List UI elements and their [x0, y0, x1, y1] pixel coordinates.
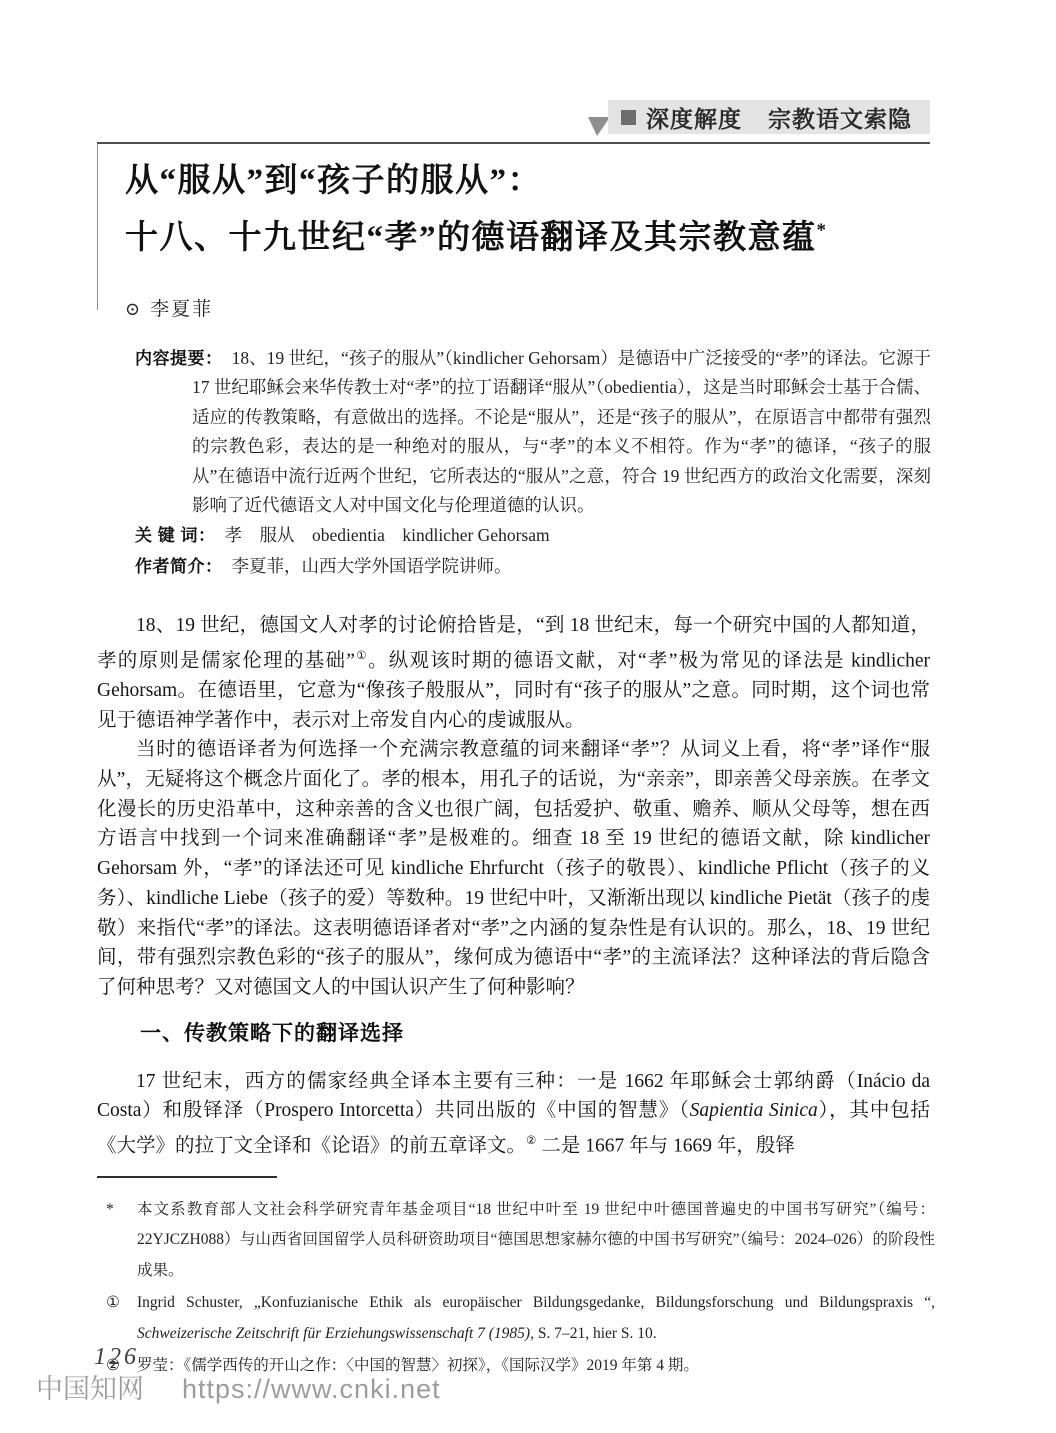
bio-row: 作者简介：李夏菲，山西大学外国语学院讲师。 — [135, 552, 931, 581]
abstract-label: 内容提要： — [135, 349, 223, 368]
banner-fold-icon — [588, 116, 610, 137]
banner-label-secondary: 宗教语文索隐 — [768, 101, 912, 134]
footnotes-block: *本文系教育部人文社会科学研究青年基金项目“18 世纪中叶至 19 世纪中叶德国… — [97, 1176, 935, 1384]
body-paragraph-2: 当时的德语译者为何选择一个充满宗教意蕴的词来翻译“孝”？从词义上看，将“孝”译作… — [97, 735, 930, 1002]
body-paragraph-3: 17 世纪末，西方的儒家经典全译本主要有三种：一是 1662 年耶稣会士郭纳爵（… — [97, 1067, 930, 1162]
bio-text: 李夏菲，山西大学外国语学院讲师。 — [232, 556, 512, 576]
footnote-separator — [97, 1176, 277, 1178]
banner-square-icon — [621, 110, 636, 125]
title-footnote-marker: * — [817, 220, 828, 241]
footnote-1-text: Ingrid Schuster, „Konfuzianische Ethik a… — [137, 1294, 935, 1342]
author-line: ⊙李夏菲 — [125, 294, 930, 321]
column-banner: 深度解度 宗教语文索隐 — [608, 100, 930, 134]
footnote-star-marker: * — [106, 1195, 114, 1226]
article-body: 18、19 世纪，德国文人对孝的讨论俯拾皆是，“到 18 世纪末，每一个研究中国… — [97, 611, 930, 1161]
keywords-label: 关 键 词： — [135, 526, 215, 545]
body-paragraph-1: 18、19 世纪，德国文人对孝的讨论俯拾皆是，“到 18 世纪末，每一个研究中国… — [97, 611, 930, 735]
article-title-block: 从“服从”到“孩子的服从”： 十八、十九世纪“孝”的德语翻译及其宗教意蕴* ⊙李… — [97, 144, 930, 310]
article-title-line-1: 从“服从”到“孩子的服从”： — [125, 157, 930, 206]
keywords-values: 孝 服从 obedientia kindlicher Gehorsam — [224, 525, 549, 545]
keywords-row: 关 键 词：孝 服从 obedientia kindlicher Gehorsa… — [135, 521, 931, 550]
article-title-line-2: 十八、十九世纪“孝”的德语翻译及其宗教意蕴* — [125, 206, 930, 263]
bio-label: 作者简介： — [135, 557, 223, 576]
author-bullet-icon: ⊙ — [125, 299, 142, 319]
footnote-1-marker: ① — [106, 1288, 120, 1319]
article-title-line-2-text: 十八、十九世纪“孝”的德语翻译及其宗教意蕴 — [125, 220, 817, 256]
abstract-row: 内容提要：18、19 世纪，“孩子的服从”（kindlicher Gehorsa… — [135, 344, 931, 520]
abstract-text: 18、19 世纪，“孩子的服从”（kindlicher Gehorsam）是德语… — [192, 348, 931, 515]
journal-page: 深度解度 宗教语文索隐 从“服从”到“孩子的服从”： 十八、十九世纪“孝”的德语… — [0, 0, 1056, 1433]
watermark-site-name: 中国知网 — [36, 1367, 144, 1406]
footnote-1: ①Ingrid Schuster, „Konfuzianische Ethik … — [97, 1288, 935, 1349]
abstract-block: 内容提要：18、19 世纪，“孩子的服从”（kindlicher Gehorsa… — [135, 344, 931, 581]
watermark-url: https://www.cnki.net — [182, 1374, 441, 1405]
footnote-star-text: 本文系教育部人文社会科学研究青年基金项目“18 世纪中叶至 19 世纪中叶德国普… — [137, 1201, 935, 1279]
banner-label-primary: 深度解度 — [646, 101, 742, 134]
author-name: 李夏菲 — [150, 299, 213, 320]
section-heading-1: 一、传教策略下的翻译选择 — [97, 1017, 930, 1047]
footnote-star: *本文系教育部人文社会科学研究青年基金项目“18 世纪中叶至 19 世纪中叶德国… — [97, 1195, 935, 1287]
cnki-watermark: 中国知网 https://www.cnki.net — [36, 1367, 441, 1406]
